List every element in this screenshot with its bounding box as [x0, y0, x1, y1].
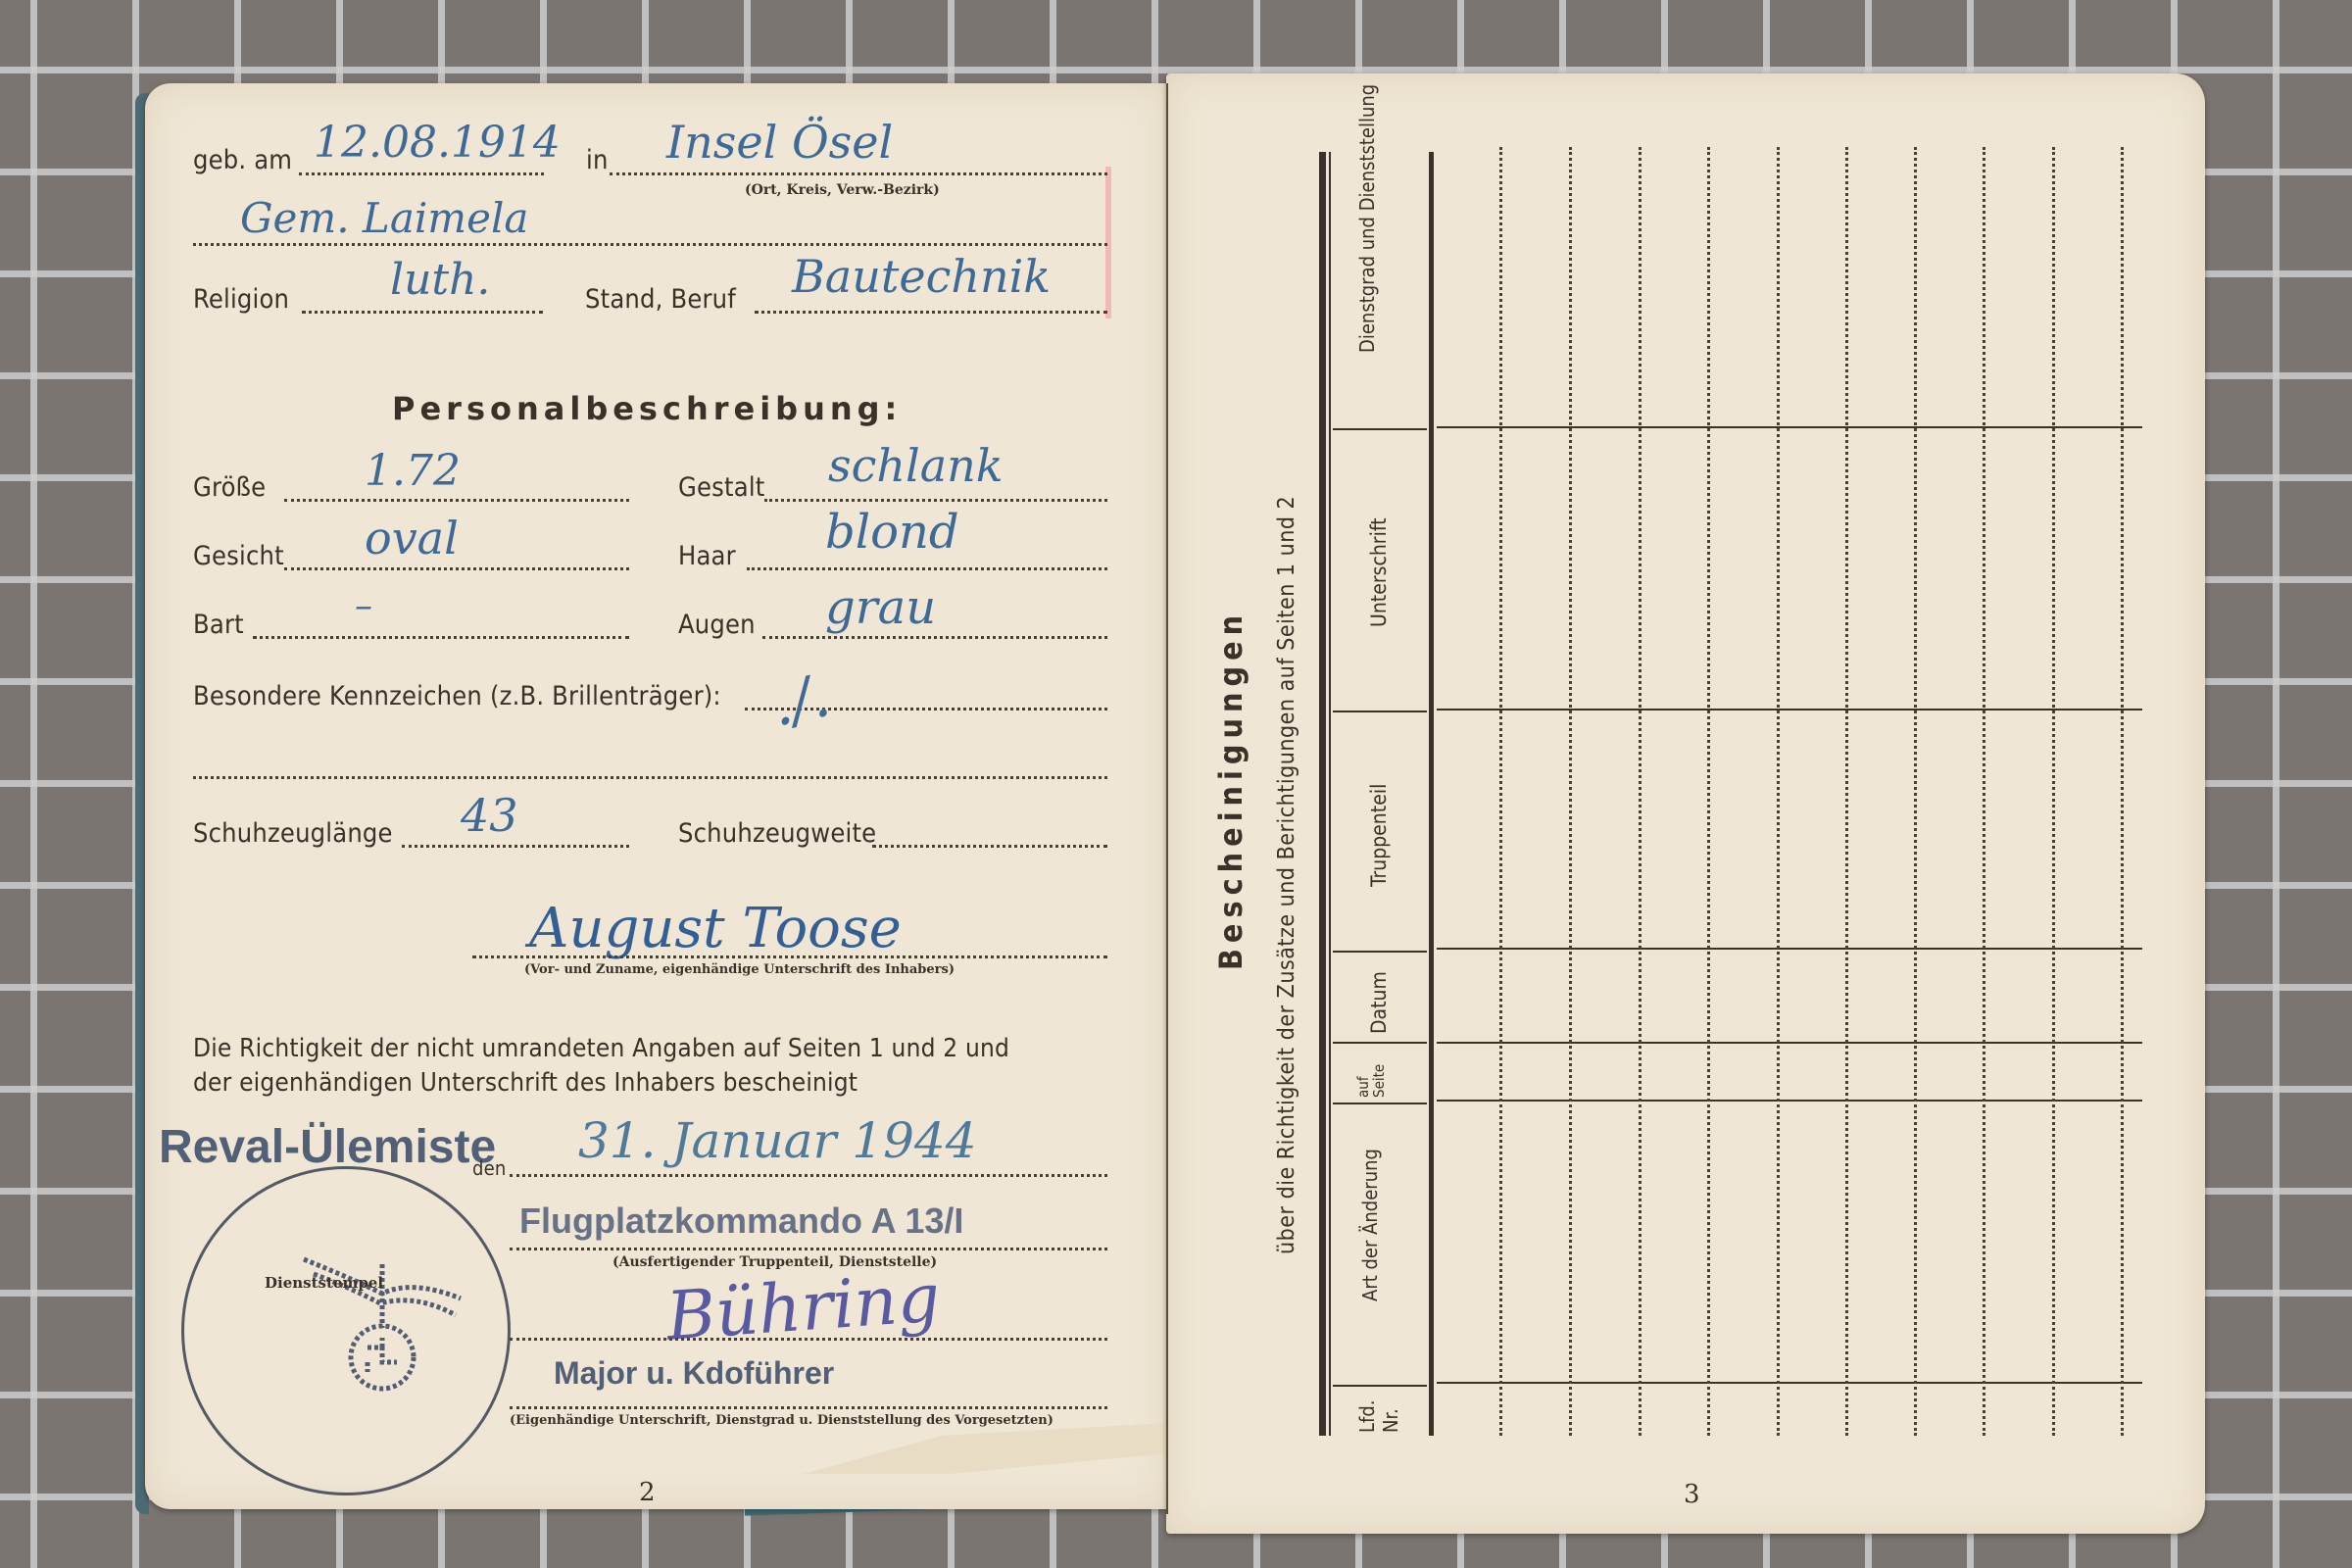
eagle-emblem-icon	[294, 1225, 470, 1401]
row-divider	[1707, 147, 1710, 1436]
face-label: Gesicht	[193, 541, 284, 571]
personal-description-heading: Personalbeschreibung:	[392, 390, 902, 427]
birth-place-line2	[193, 243, 1107, 246]
religion-value: luth.	[390, 255, 490, 305]
certifications-title: Bescheinigungen	[1212, 610, 1249, 970]
special-marks-label: Besondere Kennzeichen (z.B. Brillenträge…	[193, 681, 721, 711]
birth-place-label: in	[586, 145, 609, 175]
hair-line	[747, 567, 1107, 570]
body-sep-5	[1437, 1100, 2142, 1102]
table-header-divider	[1429, 152, 1434, 1436]
body-sep-4	[1437, 1042, 2142, 1044]
place-stamp: Reval-Ülemiste	[159, 1120, 496, 1174]
row-divider	[1777, 147, 1780, 1436]
face-line	[284, 567, 629, 570]
holder-signature-line	[472, 955, 1107, 958]
row-divider	[1639, 147, 1641, 1436]
date-value: 31. Januar 1944	[578, 1112, 977, 1169]
beard-value: –	[355, 586, 372, 626]
eyes-label: Augen	[678, 610, 756, 640]
religion-line	[302, 311, 543, 314]
row-divider	[2121, 147, 2124, 1436]
date-line	[510, 1174, 1107, 1177]
occupation-value: Bautechnik	[792, 250, 1051, 303]
col-header-change-type: Art der Änderung	[1355, 1132, 1385, 1318]
holder-signature-caption: (Vor- und Zuname, eigenhändige Unterschr…	[524, 962, 955, 977]
birth-place-line	[610, 172, 1107, 175]
shoe-width-label: Schuhzeugweite	[678, 818, 876, 849]
unit-stamp: Flugplatzkommando A 13/I	[519, 1200, 963, 1242]
shoe-length-value: 43	[461, 789, 518, 842]
hair-label: Haar	[678, 541, 736, 571]
occupation-label: Stand, Beruf	[585, 284, 736, 315]
row-divider	[1845, 147, 1848, 1436]
header-sep-2	[1333, 710, 1427, 712]
body-sep-2	[1437, 709, 2142, 710]
round-stamp-center-label: Dienststempel	[265, 1274, 383, 1292]
table-left-inner-border	[1329, 152, 1331, 1436]
col-header-number: Lfd. Nr.	[1355, 1384, 1402, 1433]
build-value: schlank	[828, 439, 1004, 492]
page-number-right: 3	[1684, 1480, 1700, 1509]
header-sep-5	[1333, 1102, 1427, 1104]
body-sep-3	[1437, 948, 2142, 950]
shoe-length-line	[402, 845, 629, 848]
beard-label: Bart	[193, 610, 244, 640]
shoe-width-line	[872, 845, 1107, 848]
date-label: den	[472, 1156, 507, 1180]
header-sep-3	[1333, 951, 1427, 953]
unit-line	[510, 1248, 1107, 1250]
col-header-rank: Dienstgrad und Dienststellung	[1355, 84, 1379, 353]
build-line	[764, 499, 1107, 502]
col-header-date: Datum	[1367, 971, 1391, 1034]
body-sep-1	[1437, 426, 2142, 428]
body-sep-6	[1437, 1382, 2142, 1384]
certification-text-line2: der eigenhändigen Unterschrift des Inhab…	[193, 1068, 857, 1098]
officer-caption: (Eigenhändige Unterschrift, Dienstgrad u…	[510, 1413, 1053, 1428]
shoe-length-label: Schuhzeuglänge	[193, 818, 393, 849]
birth-place-line2-value: Gem. Laimela	[240, 194, 528, 242]
birth-date-value: 12.08.1914	[314, 118, 561, 168]
row-divider	[1569, 147, 1572, 1436]
certifications-subtitle: über die Richtigkeit der Zusätze und Ber…	[1274, 496, 1299, 1254]
rank-stamp: Major u. Kdoführer	[554, 1355, 834, 1392]
row-divider	[1499, 147, 1502, 1436]
officer-signature-line	[510, 1338, 1107, 1341]
binding-fold	[1166, 83, 1168, 1514]
certification-text-line1: Die Richtigkeit der nicht umrandeten Ang…	[193, 1034, 1009, 1063]
row-divider	[2052, 147, 2055, 1436]
birth-place-value: Insel Ösel	[666, 116, 893, 169]
col-header-page: auf Seite	[1355, 1039, 1387, 1098]
religion-label: Religion	[193, 284, 289, 315]
height-value: 1.72	[365, 446, 461, 496]
row-divider	[1983, 147, 1985, 1436]
eyes-line	[762, 636, 1107, 639]
special-marks-line-2	[193, 776, 1107, 779]
rank-line	[510, 1406, 1107, 1409]
eyes-value: grau	[825, 580, 936, 635]
row-divider	[1914, 147, 1917, 1436]
build-label: Gestalt	[678, 472, 765, 503]
height-label: Größe	[193, 472, 266, 503]
face-value: oval	[365, 512, 459, 564]
birth-date-line	[299, 172, 544, 175]
col-header-signature: Unterschrift	[1367, 517, 1391, 627]
birth-date-label: geb. am	[193, 145, 292, 175]
hair-value: blond	[825, 505, 959, 560]
birth-place-hint: (Ort, Kreis, Verw.-Bezirk)	[745, 182, 940, 198]
table-left-border	[1319, 152, 1326, 1436]
height-line	[284, 499, 629, 502]
col-header-unit: Truppenteil	[1367, 784, 1391, 887]
page-number-left: 2	[639, 1478, 656, 1507]
header-sep-1	[1333, 428, 1427, 430]
beard-line	[253, 636, 629, 639]
occupation-line	[755, 311, 1107, 314]
holder-signature: August Toose	[529, 897, 902, 960]
